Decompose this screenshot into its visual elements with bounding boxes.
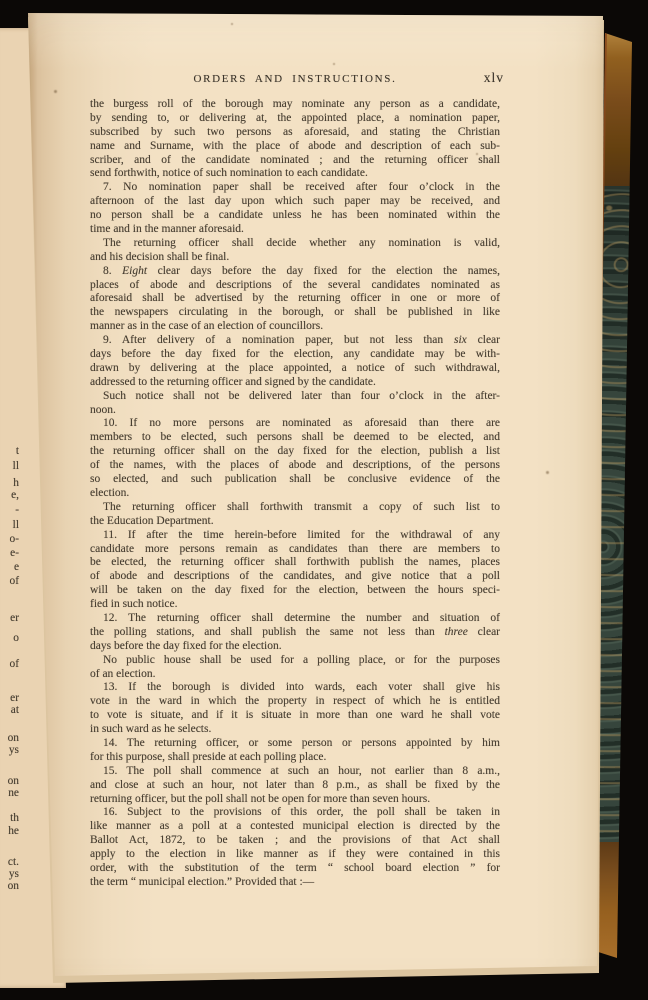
text-line: 10. If no more persons are nominated as …	[90, 417, 500, 431]
text-line: days before the day fixed for the electi…	[90, 640, 500, 654]
facing-page-fragment: of	[0, 658, 19, 670]
text-line: 13. If the borough is divided into wards…	[90, 681, 500, 695]
facing-page-fragment: on	[0, 775, 19, 787]
text-line: the polling stations, and shall publish …	[90, 626, 500, 640]
facing-page-fragment: er	[0, 612, 19, 624]
facing-page-fragment: at	[0, 704, 19, 716]
text-line: drawn by delivering at the place appoint…	[90, 362, 500, 376]
text-line: 11. If after the time herein-before limi…	[90, 529, 500, 543]
text-line: 9. After delivery of a nomination paper,…	[90, 334, 500, 348]
book-photo: ORDERS AND INSTRUCTIONS. xlv the burgess…	[0, 0, 648, 1000]
text-line: fied in such notice.	[90, 598, 500, 612]
facing-page-fragment: ys	[0, 744, 19, 756]
text-line: will be taken on the day fixed for the e…	[90, 584, 500, 598]
text-line: the Education Department.	[90, 515, 500, 529]
running-title: ORDERS AND INSTRUCTIONS.	[90, 72, 500, 86]
text-line: aforesaid shall be advertised by the ret…	[90, 292, 500, 306]
text-line: scriber, and of the candidate nominated …	[90, 154, 500, 168]
facing-page-fragment: ll	[0, 519, 19, 531]
text-line: for this purpose, shall preside at each …	[90, 751, 500, 765]
facing-page-fragment: -	[0, 504, 19, 516]
text-line: time and in the manner aforesaid.	[90, 223, 500, 237]
facing-page-fragment: on	[0, 732, 19, 744]
text-line: and close at such an hour, not later tha…	[90, 779, 500, 793]
text-line: in such ward as he selects.	[90, 723, 500, 737]
text-line: days before the day fixed for the electi…	[90, 348, 500, 362]
text-line: order, with the substitution of the term…	[90, 862, 500, 876]
foxing-spot	[333, 63, 335, 65]
text-line: 16. Subject to the provisions of this or…	[90, 806, 500, 820]
page-content: ORDERS AND INSTRUCTIONS. xlv the burgess…	[90, 72, 500, 890]
facing-page-fragment: o-	[0, 533, 19, 545]
facing-page-fragment: of	[0, 575, 19, 587]
facing-page-fragment: e,	[0, 489, 19, 501]
facing-page-fragment: ne	[0, 787, 19, 799]
text-line: afternoon of the last day upon which suc…	[90, 195, 500, 209]
text-line: returning officer, but the poll shall no…	[90, 793, 500, 807]
text-line: election.	[90, 487, 500, 501]
text-line: Ballot Act, 1872, to be taken ; and the …	[90, 834, 500, 848]
text-line: send forthwith, notice of such nominatio…	[90, 167, 500, 181]
facing-page-fragment: he	[0, 825, 19, 837]
text-line: 14. The returning officer, or some perso…	[90, 737, 500, 751]
facing-page-fragment: h	[0, 477, 19, 489]
text-line: The returning officer shall forthwith tr…	[90, 501, 500, 515]
text-line: of an election.	[90, 668, 500, 682]
text-line: the term “ municipal election.” Provided…	[90, 876, 500, 890]
text-line: Such notice shall not be delivered later…	[90, 390, 500, 404]
page-header: ORDERS AND INSTRUCTIONS. xlv	[90, 72, 500, 86]
text-line: so elected, and such publication shall b…	[90, 473, 500, 487]
body-text: the burgess roll of the borough may nomi…	[90, 86, 500, 890]
text-line: No public house shall be used for a poll…	[90, 654, 500, 668]
facing-page-fragment: ct.	[0, 856, 19, 868]
text-line: 7. No nomination paper shall be received…	[90, 181, 500, 195]
text-line: name and Surname, with the place of abod…	[90, 140, 500, 154]
text-line: 8. Eight clear days before the day fixed…	[90, 265, 500, 279]
page-number: xlv	[484, 70, 504, 86]
text-line: be elected, the returning officer shall …	[90, 556, 500, 570]
facing-page-fragment: e	[0, 561, 19, 573]
text-line: The returning officer shall decide wheth…	[90, 237, 500, 251]
facing-page-fragment: th	[0, 812, 19, 824]
text-line: apply to the election in like manner as …	[90, 848, 500, 862]
text-line: no person shall be a candidate unless he…	[90, 209, 500, 223]
text-line: subscribed by such two persons as afores…	[90, 126, 500, 140]
facing-page-fragment: e-	[0, 547, 19, 559]
facing-page-fragment: er	[0, 692, 19, 704]
text-line: addressed to the returning officer and s…	[90, 376, 500, 390]
text-line: noon.	[90, 404, 500, 418]
text-line: candidate more persons remain as candida…	[90, 543, 500, 557]
text-line: like manner as a poll at a contested mun…	[90, 820, 500, 834]
facing-page-fragment: ll	[0, 460, 19, 472]
text-line: places of abode and descriptions of the …	[90, 279, 500, 293]
text-line: the returning officer shall on the day f…	[90, 445, 500, 459]
text-line: of the names, with the places of abode a…	[90, 459, 500, 473]
foxing-spot	[231, 23, 233, 25]
text-line: the burgess roll of the borough may nomi…	[90, 98, 500, 112]
text-line: manner as in the case of an election of …	[90, 320, 500, 334]
facing-page-text-fragments: tllhe,-llo-e-eoferooferatonysonnethhect.…	[0, 0, 20, 1000]
text-line: to vote is situate, and if it is situate…	[90, 709, 500, 723]
text-line: of abode and descriptions of the candida…	[90, 570, 500, 584]
facing-page-fragment: t	[0, 445, 19, 457]
text-line: and his decision shall be final.	[90, 251, 500, 265]
text-line: 12. The returning officer shall determin…	[90, 612, 500, 626]
text-line: the newspapers circulating in the boroug…	[90, 306, 500, 320]
text-line: 15. The poll shall commence at such an h…	[90, 765, 500, 779]
facing-page-fragment: on	[0, 880, 19, 892]
facing-page-fragment: o	[0, 632, 19, 644]
foxing-spot	[546, 471, 549, 474]
text-line: by sending to, or delivering at, the app…	[90, 112, 500, 126]
text-line: members to be elected, such persons shal…	[90, 431, 500, 445]
facing-page-fragment: ys	[0, 868, 19, 880]
text-line: vote in the ward in which the property i…	[90, 695, 500, 709]
foxing-spot	[54, 90, 57, 93]
